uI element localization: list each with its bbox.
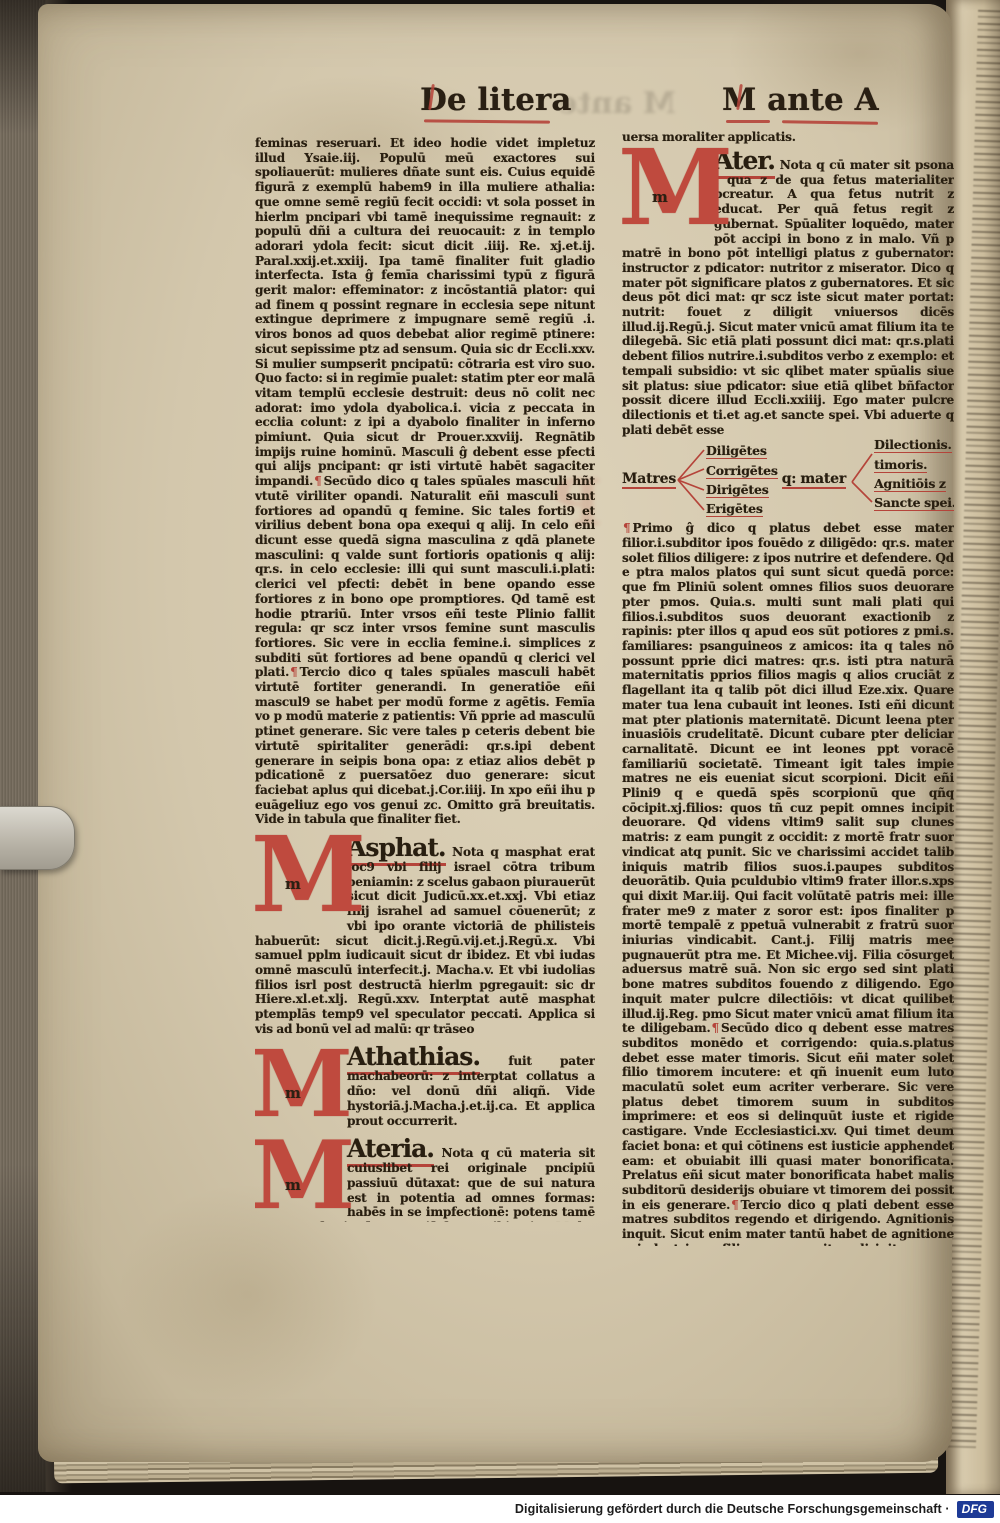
dfg-logo: DFG [957,1501,994,1518]
pilcrow-mark: ¶ [710,1021,721,1035]
paragraph-text: Tercio dico q tales spūales masculi habē… [255,665,595,826]
section-mater: M m Ater. Nota q cū mater sit psona i qu… [622,149,954,438]
body-paragraph: ¶Primo ĝ dico q platus debet esse mater … [622,521,954,1246]
rubric-underline [424,119,550,123]
diagram-item: Sancte spei. [874,495,954,511]
rubricated-initial: M m [255,1140,339,1214]
pilcrow-mark: ¶ [622,521,633,535]
rubricated-initial: M m [622,152,706,238]
initial-M-letter: M [255,823,366,927]
guide-letter: m [652,190,668,205]
brace-lines-icon [676,442,706,518]
initial-M-letter: M [255,1124,355,1222]
diagram-label-matres: Matres [622,472,676,489]
right-text-column: uersa moraliter applicatis. M m Ater. No… [622,130,954,1246]
rubric-underline [782,120,878,124]
footer-credit-text: Digitalisierung gefördert durch die Deut… [515,1502,950,1516]
diagram-label-q-mater: q: mater [782,472,846,489]
rubricated-initial: M m [255,839,339,925]
diagram-right-items: Dilectionis. timoris. Agnitiōis z Sancte… [874,436,954,512]
diagram-item: timoris. [874,457,927,473]
scanned-book-photo: M ante De litera M ante A P feminas rese… [0,0,1000,1523]
initial-M-letter: M [622,136,733,240]
book-page: M ante De litera M ante A P feminas rese… [38,4,952,1462]
pilcrow-mark: ¶ [730,1198,741,1212]
running-head-right: M ante A [722,82,879,118]
section-masphat: M m Asphat. Nota q masphat erat loc9 vbi… [255,836,595,1036]
pilcrow-mark: ¶ [313,474,324,488]
paragraph-text: feminas reseruari. Et ideo hodie videt i… [255,136,595,488]
diagram-item: Dilectionis. [874,437,952,453]
bleedthrough-text: M ante [558,86,676,121]
paragraph-text: Secūdo dico q tales spūales masculi hñt … [255,474,595,679]
diagram-item: Dirigētes [706,482,769,498]
guide-letter: m [285,877,301,892]
digitization-footer: Digitalisierung gefördert durch die Deut… [0,1495,1000,1523]
diagram-item: Agnitiōis z [874,476,946,492]
next-page-edge [946,0,1000,1494]
rubricated-initial: M m [255,1048,339,1118]
diagram-item: Corrigētes [706,463,778,479]
rubric-underline [726,120,770,123]
diagram-left-items: Diligētes Corrigētes Dirigētes Erigētes [706,442,778,518]
section-materia: M m Ateria. Nota q cū materia sit cuiusl… [255,1137,595,1222]
brace-lines-icon [850,442,874,518]
diagram-item: Erigētes [706,501,763,517]
guide-letter: m [285,1178,301,1193]
body-paragraph: feminas reseruari. Et ideo hodie videt i… [255,136,595,827]
left-text-column: feminas reseruari. Et ideo hodie videt i… [255,136,595,1222]
section-mathathias: M m Athathias. fuit pater machabeorū: z … [255,1045,595,1128]
diagram-item: Diligētes [706,443,767,459]
pilcrow-mark: ¶ [289,665,300,679]
matres-diagram: Matres Diligētes Corrigētes Dirigētes Er… [622,441,954,519]
running-head-left: De litera [420,82,571,118]
running-head: M ante De litera M ante A [38,82,952,126]
guide-letter: m [285,1086,301,1101]
paragraph-text: Secūdo dico q debent esse matres subdito… [622,1021,954,1211]
page-holder-clip [0,806,75,870]
paragraph-text: Primo ĝ dico q platus debet esse mater f… [622,521,954,1035]
